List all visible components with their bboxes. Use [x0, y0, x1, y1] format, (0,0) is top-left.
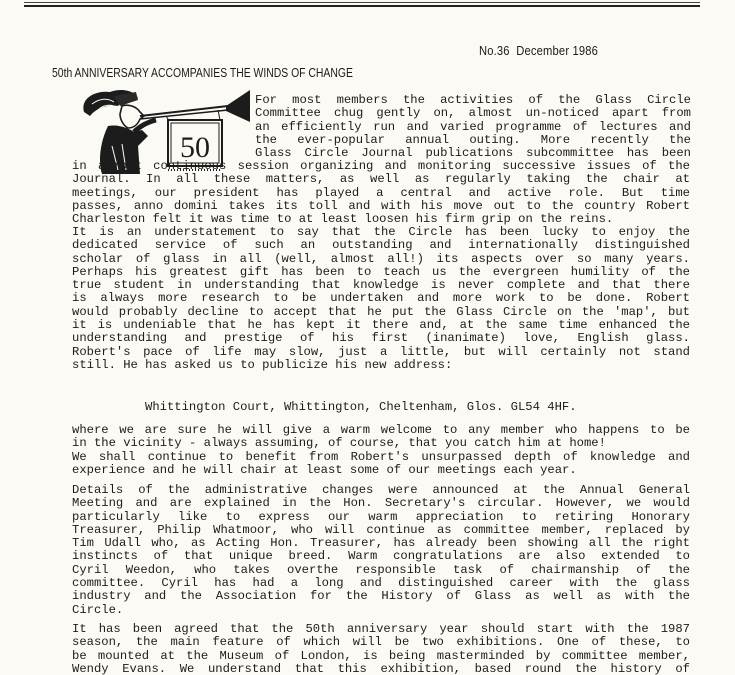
text-line: Wendy Evans. We understand that this exh… — [72, 663, 690, 675]
text-line: is always more research to be undertaken… — [72, 292, 690, 305]
text-line: industry and the Association for the His… — [72, 590, 690, 603]
text-line: dedicated service of such an outstanding… — [72, 239, 690, 252]
paragraph-5: It has been agreed that the 50th anniver… — [72, 623, 690, 675]
text-line: instincts of that unique breed. Warm con… — [72, 550, 690, 563]
text-line: Treasurer, Philip Whatmoor, who will con… — [72, 524, 690, 537]
text-line: Committee chug gently on, almost un-noti… — [255, 107, 691, 120]
text-line: Circle. — [72, 604, 690, 617]
paragraph-3: where we are sure he will give a warm we… — [72, 424, 690, 477]
text-line: particularly like to express our warm ap… — [72, 511, 690, 524]
text-line: Meeting and are explained in the Hon. Se… — [72, 497, 690, 510]
text-line: an efficiently run and varied programme … — [255, 121, 691, 134]
text-line: Journal. In all these matters, as well a… — [72, 173, 690, 186]
issue-number: No.36 — [479, 43, 510, 58]
text-line: still. He has asked us to publicize his … — [72, 359, 690, 372]
text-line: meetings, our president has played a cen… — [72, 187, 690, 200]
text-line: season, the main feature of which will b… — [72, 636, 690, 649]
text-line: We shall continue to benefit from Robert… — [72, 451, 690, 464]
text-line: be mounted at the Museum of London, is b… — [72, 650, 690, 663]
text-line: experience and he will chair at least so… — [72, 464, 690, 477]
text-line: committee. Cyril has had a long and dist… — [72, 577, 690, 590]
text-line: the ever-popular annual outing. More rec… — [255, 134, 691, 147]
text-line: Perhaps his greatest gift has been to te… — [72, 266, 690, 279]
text-line: It is an understatement to say that the … — [72, 226, 690, 239]
text-line: Tim Udall who, as Acting Hon. Treasurer,… — [72, 537, 690, 550]
paragraph-1: in almost continuous session organizing … — [72, 160, 690, 226]
top-rule-thin — [24, 2, 700, 3]
text-line: It has been agreed that the 50th anniver… — [72, 623, 690, 636]
text-line: in the vicinity - always assuming, of co… — [72, 437, 690, 450]
text-line: it is undeniable that he has kept it the… — [72, 319, 690, 332]
article-headline: 50th ANNIVERSARY ACCOMPANIES THE WINDS O… — [52, 65, 353, 80]
issue-date: December 1986 — [516, 43, 598, 58]
text-line: where we are sure he will give a warm we… — [72, 424, 690, 437]
text-line: scholar of glass in all (well, almost al… — [72, 253, 690, 266]
text-line: For most members the activities of the G… — [255, 94, 691, 107]
paragraph-4: Details of the administrative changes we… — [72, 484, 690, 617]
new-address: Whittington Court, Whittington, Cheltenh… — [145, 400, 577, 414]
text-line: passes, anno domini takes its toll and w… — [72, 200, 690, 213]
text-line: true student in understanding that knowl… — [72, 279, 690, 292]
text-line: Cyril Weedon, who takes overthe responsi… — [72, 564, 690, 577]
text-line: in almost continuous session organizing … — [72, 160, 690, 173]
issue-info: No.36 December 1986 — [479, 43, 598, 58]
paragraph-2: It is an understatement to say that the … — [72, 226, 690, 372]
text-line: would probably decline to accept that he… — [72, 306, 690, 319]
text-line: Robert's pace of life may slow, just a l… — [72, 346, 690, 359]
text-line: understanding and prestige of his first … — [72, 332, 690, 345]
text-line: Details of the administrative changes we… — [72, 484, 690, 497]
paragraph-1-intro: For most members the activities of the G… — [255, 94, 691, 160]
